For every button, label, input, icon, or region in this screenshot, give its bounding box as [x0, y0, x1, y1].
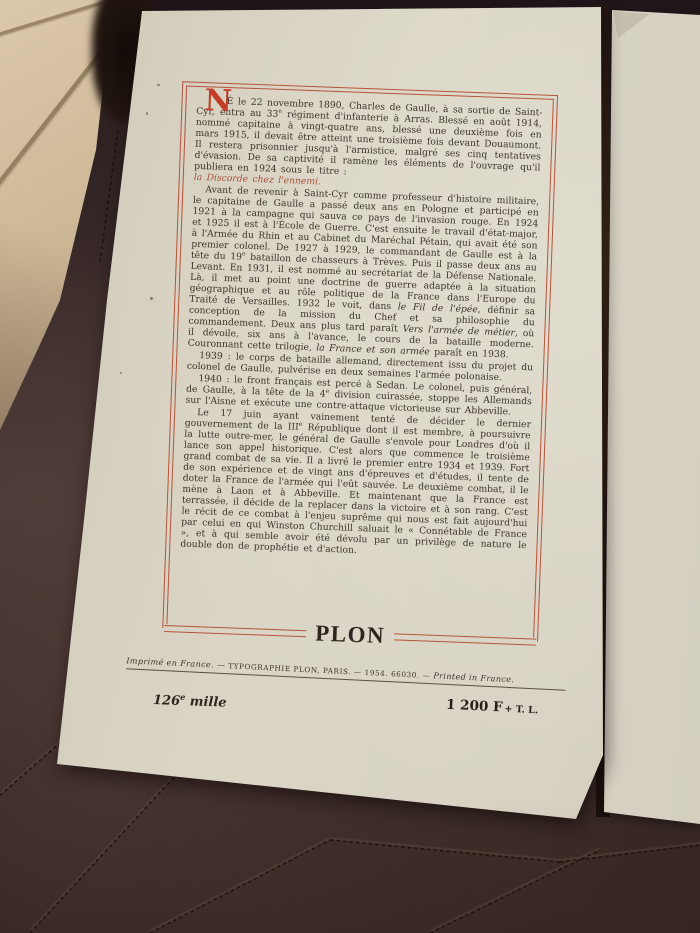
foxing-speck [150, 297, 153, 300]
price: 1 200 F+ T. L. [446, 697, 539, 717]
paragraph: Avant de revenir à Saint-Cyr comme profe… [188, 184, 540, 362]
framed-text-sheet: NÉ le 22 novembre 1890, Charles de Gaull… [162, 81, 558, 650]
paragraph: Le 17 juin ayant vainement tenté de déci… [180, 407, 531, 563]
text-block: NÉ le 22 novembre 1890, Charles de Gaull… [180, 95, 542, 562]
paragraph: NÉ le 22 novembre 1890, Charles de Gaull… [194, 95, 543, 196]
price-tax: + T. L. [504, 704, 538, 717]
foxing-speck [146, 112, 148, 115]
photo-scene: NÉ le 22 novembre 1890, Charles de Gaull… [0, 0, 700, 933]
foxing-speck [157, 84, 160, 86]
main-page-wrap: NÉ le 22 novembre 1890, Charles de Gaull… [0, 0, 700, 933]
price-amount: 1 200 F [446, 697, 503, 716]
double-rule-right [394, 633, 536, 645]
back-cover-page: NÉ le 22 novembre 1890, Charles de Gaull… [0, 0, 700, 933]
drop-cap: N [204, 86, 233, 117]
imprint-line: Imprimé en France. — TYPOGRAPHIE PLON, P… [126, 656, 566, 690]
foxing-speck [120, 372, 122, 374]
edition-word: mille [185, 694, 227, 710]
edition-mille: 126e mille [153, 691, 227, 711]
double-rule-left [164, 625, 306, 637]
publisher-name: PLON [306, 628, 394, 641]
edition-number: 126 [153, 693, 181, 709]
